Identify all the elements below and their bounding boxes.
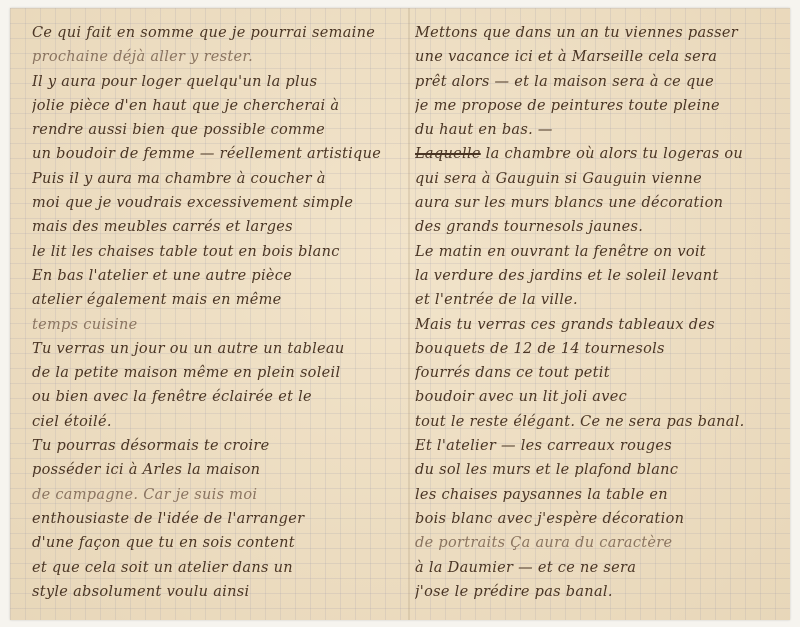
handwritten-line: de campagne. Car je suis moi <box>32 483 404 507</box>
handwritten-line: prochaine déjà aller y rester. <box>32 45 404 69</box>
handwritten-line: moi que je voudrais excessivement simple <box>32 191 404 215</box>
handwritten-line: enthousiaste de l'idée de l'arranger <box>32 507 404 531</box>
handwritten-line: rendre aussi bien que possible comme <box>32 118 404 142</box>
handwritten-line: prêt alors — et la maison sera à ce que <box>415 70 787 94</box>
handwritten-line: fourrés dans ce tout petit <box>415 361 787 385</box>
handwritten-line: le lit les chaises table tout en bois bl… <box>32 240 404 264</box>
handwritten-line: Mettons que dans un an tu viennes passer <box>415 21 787 45</box>
handwritten-line: bois blanc avec j'espère décoration <box>415 507 787 531</box>
handwritten-line: Laquelle la chambre où alors tu logeras … <box>415 142 787 166</box>
handwritten-line: En bas l'atelier et une autre pièce <box>32 264 404 288</box>
handwritten-line: une vacance ici et à Marseille cela sera <box>415 45 787 69</box>
handwritten-line: de portraits Ça aura du caractère <box>415 531 787 555</box>
letter-sheet: Ce qui fait en somme que je pourrai sema… <box>10 8 790 620</box>
handwritten-line: Il y aura pour loger quelqu'un la plus <box>32 70 404 94</box>
center-fold <box>408 8 410 620</box>
handwritten-line: de la petite maison même en plein soleil <box>32 361 404 385</box>
handwritten-line: les chaises paysannes la table en <box>415 483 787 507</box>
handwritten-line: aura sur les murs blancs une décoration <box>415 191 787 215</box>
handwritten-line: mais des meubles carrés et larges <box>32 215 404 239</box>
handwritten-line: des grands tournesols jaunes. <box>415 215 787 239</box>
handwritten-line: jolie pièce d'en haut que je chercherai … <box>32 94 404 118</box>
handwritten-line: un boudoir de femme — réellement artisti… <box>32 142 404 166</box>
handwritten-line: Tu verras un jour ou un autre un tableau <box>32 337 404 361</box>
handwritten-line: qui sera à Gauguin si Gauguin vienne <box>415 167 787 191</box>
handwritten-line: posséder ici à Arles la maison <box>32 458 404 482</box>
struck-word: Laquelle <box>415 146 481 162</box>
handwritten-line: boudoir avec un lit joli avec <box>415 385 787 409</box>
handwritten-line: et l'entrée de la ville. <box>415 288 787 312</box>
handwritten-line: Ce qui fait en somme que je pourrai sema… <box>32 21 404 45</box>
handwritten-line: du haut en bas. — <box>415 118 787 142</box>
handwritten-line: Tu pourras désormais te croire <box>32 434 404 458</box>
handwritten-line: du sol les murs et le plafond blanc <box>415 458 787 482</box>
handwritten-line: temps cuisine <box>32 313 404 337</box>
line-text: la chambre où alors tu logeras ou <box>486 146 743 162</box>
handwritten-line: la verdure des jardins et le soleil leva… <box>415 264 787 288</box>
handwritten-line: ou bien avec la fenêtre éclairée et le <box>32 385 404 409</box>
handwritten-line: style absolument voulu ainsi <box>32 580 404 604</box>
handwritten-line: à la Daumier — et ce ne sera <box>415 556 787 580</box>
handwritten-line: et que cela soit un atelier dans un <box>32 556 404 580</box>
handwritten-line: Puis il y aura ma chambre à coucher à <box>32 167 404 191</box>
handwritten-line: Le matin en ouvrant la fenêtre on voit <box>415 240 787 264</box>
handwritten-line: d'une façon que tu en sois content <box>32 531 404 555</box>
handwritten-line: Mais tu verras ces grands tableaux des <box>415 313 787 337</box>
handwritten-line: atelier également mais en même <box>32 288 404 312</box>
handwritten-line: je me propose de peintures toute pleine <box>415 94 787 118</box>
handwritten-line: tout le reste élégant. Ce ne sera pas ba… <box>415 410 787 434</box>
handwritten-line: Et l'atelier — les carreaux rouges <box>415 434 787 458</box>
handwritten-line: ciel étoilé. <box>32 410 404 434</box>
right-page: Mettons que dans un an tu viennes passer… <box>415 18 787 604</box>
handwritten-line: j'ose le prédire pas banal. <box>415 580 787 604</box>
handwritten-line: bouquets de 12 de 14 tournesols <box>415 337 787 361</box>
left-page: Ce qui fait en somme que je pourrai sema… <box>32 18 404 604</box>
